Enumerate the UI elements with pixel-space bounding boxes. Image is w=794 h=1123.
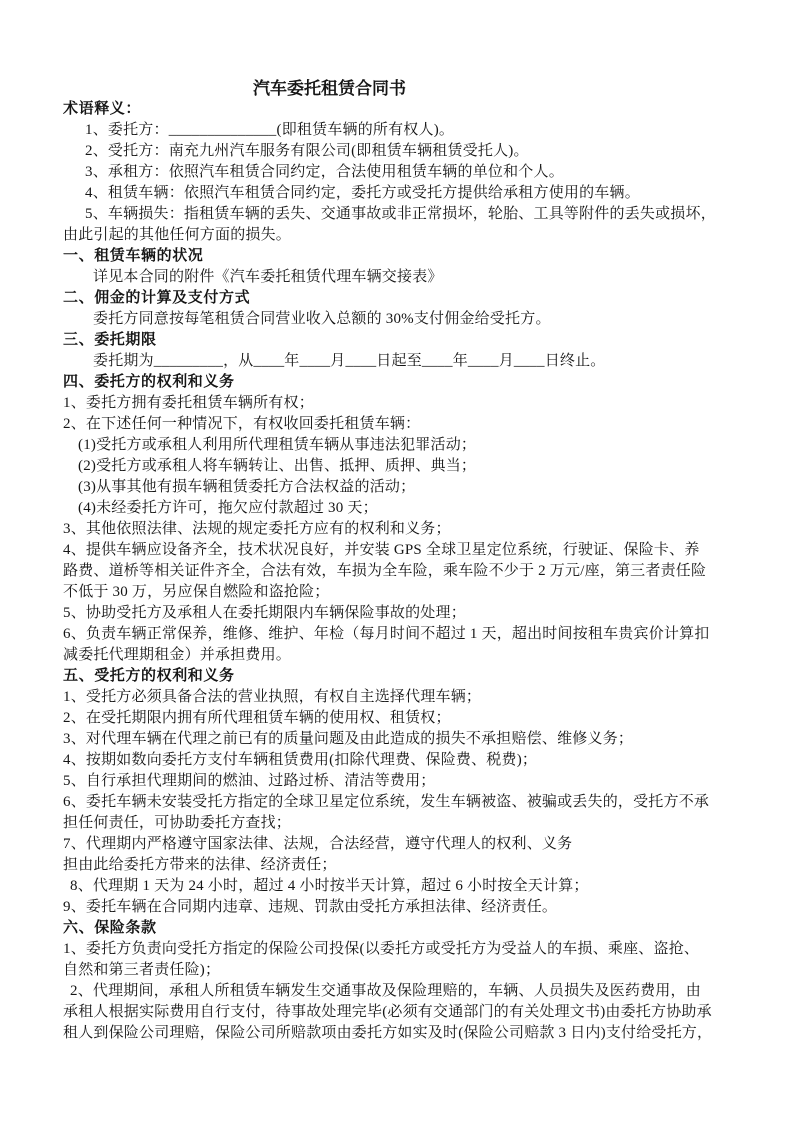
section-heading: 四、委托方的权利和义务	[63, 372, 753, 393]
text-line: 4、按期如数向委托方支付车辆租赁费用(扣除代理费、保险费、税费)；	[63, 750, 753, 771]
text-line: 5、车辆损失：指租赁车辆的丢失、交通事故或非正常损坏，轮胎、工具等附件的丢失或损…	[63, 204, 753, 225]
document-content: 汽车委托租赁合同书 术语释义：1、委托方：______________(即租赁车…	[63, 78, 753, 1044]
text-line: 9、委托车辆在合同期内违章、违规、罚款由受托方承担法律、经济责任。	[63, 897, 753, 918]
text-line: 3、对代理车辆在代理之前已有的质量问题及由此造成的损失不承担赔偿、维修义务；	[63, 729, 753, 750]
section-heading: 一、租赁车辆的状况	[63, 246, 753, 267]
text-line: 自然和第三者责任险)；	[63, 960, 753, 981]
text-line: 委托期为_________，从____年____月____日起至____年___…	[63, 351, 753, 372]
text-line: 2、受托方：南充九州汽车服务有限公司(即租赁车辆租赁受托人)。	[63, 141, 753, 162]
text-line: (2)受托方或承租人将车辆转让、出售、抵押、质押、典当；	[63, 456, 753, 477]
text-line: 4、提供车辆应设备齐全，技术状况良好，并安装 GPS 全球卫星定位系统，行驶证、…	[63, 540, 753, 561]
text-line: 由此引起的其他任何方面的损失。	[63, 225, 753, 246]
document-title: 汽车委托租赁合同书	[63, 78, 753, 99]
text-line: 担任何责任，可协助委托方查找；	[63, 813, 753, 834]
document-body: 术语释义：1、委托方：______________(即租赁车辆的所有权人)。2、…	[63, 99, 753, 1044]
section-heading: 五、受托方的权利和义务	[63, 666, 753, 687]
text-line: 2、在下述任何一种情况下，有权收回委托租赁车辆：	[63, 414, 753, 435]
text-line: 减委托代理期租金）并承担费用。	[63, 645, 753, 666]
text-line: 1、委托方：______________(即租赁车辆的所有权人)。	[63, 120, 753, 141]
text-line: 承租人根据实际费用自行支付，待事故处理完毕(必须有交通部门的有关处理文书)由委托…	[63, 1002, 753, 1023]
text-line: 7、代理期内严格遵守国家法律、法规，合法经营，遵守代理人的权利、义务	[63, 834, 753, 855]
text-line: 5、自行承担代理期间的燃油、过路过桥、清洁等费用；	[63, 771, 753, 792]
section-heading: 术语释义：	[63, 99, 753, 120]
text-line: 2、代理期间，承租人所租赁车辆发生交通事故及保险理赔的，车辆、人员损失及医药费用…	[63, 981, 753, 1002]
text-line: 1、委托方负责向受托方指定的保险公司投保(以委托方或受托方为受益人的车损、乘座、…	[63, 939, 753, 960]
text-line: 路费、道桥等相关证件齐全，合法有效，车损为全车险，乘车险不少于 2 万元/座，第…	[63, 561, 753, 582]
text-line: 2、在受托期限内拥有所代理租赁车辆的使用权、租赁权；	[63, 708, 753, 729]
section-heading: 六、保险条款	[63, 918, 753, 939]
text-line: (3)从事其他有损车辆租赁委托方合法权益的活动；	[63, 477, 753, 498]
text-line: 1、受托方必须具备合法的营业执照，有权自主选择代理车辆；	[63, 687, 753, 708]
section-heading: 三、委托期限	[63, 330, 753, 351]
text-line: 6、委托车辆未安装受托方指定的全球卫星定位系统，发生车辆被盗、被骗或丢失的，受托…	[63, 792, 753, 813]
section-heading: 二、佣金的计算及支付方式	[63, 288, 753, 309]
text-line: (1)受托方或承租人利用所代理租赁车辆从事违法犯罪活动；	[63, 435, 753, 456]
text-line: 1、委托方拥有委托租赁车辆所有权；	[63, 393, 753, 414]
text-line: 4、租赁车辆：依照汽车租赁合同约定，委托方或受托方提供给承租方使用的车辆。	[63, 183, 753, 204]
text-line: 租人到保险公司理赔，保险公司所赔款项由委托方如实及时(保险公司赔款 3 日内)支…	[63, 1023, 753, 1044]
text-line: 委托方同意按每笔租赁合同营业收入总额的 30%支付佣金给受托方。	[63, 309, 753, 330]
text-line: 3、其他依照法律、法规的规定委托方应有的权利和义务；	[63, 519, 753, 540]
text-line: 担由此给委托方带来的法律、经济责任；	[63, 855, 753, 876]
text-line: (4)未经委托方许可，拖欠应付款超过 30 天；	[63, 498, 753, 519]
text-line: 5、协助受托方及承租人在委托期限内车辆保险事故的处理；	[63, 603, 753, 624]
text-line: 8、代理期 1 天为 24 小时，超过 4 小时按半天计算，超过 6 小时按全天…	[63, 876, 753, 897]
contract-page: 汽车委托租赁合同书 术语释义：1、委托方：______________(即租赁车…	[0, 0, 794, 1123]
text-line: 3、承租方：依照汽车租赁合同约定，合法使用租赁车辆的单位和个人。	[63, 162, 753, 183]
text-line: 详见本合同的附件《汽车委托租赁代理车辆交接表》	[63, 267, 753, 288]
text-line: 6、负责车辆正常保养，维修、维护、年检（每月时间不超过 1 天，超出时间按租车贵…	[63, 624, 753, 645]
text-line: 不低于 30 万，另应保自燃险和盗抢险；	[63, 582, 753, 603]
